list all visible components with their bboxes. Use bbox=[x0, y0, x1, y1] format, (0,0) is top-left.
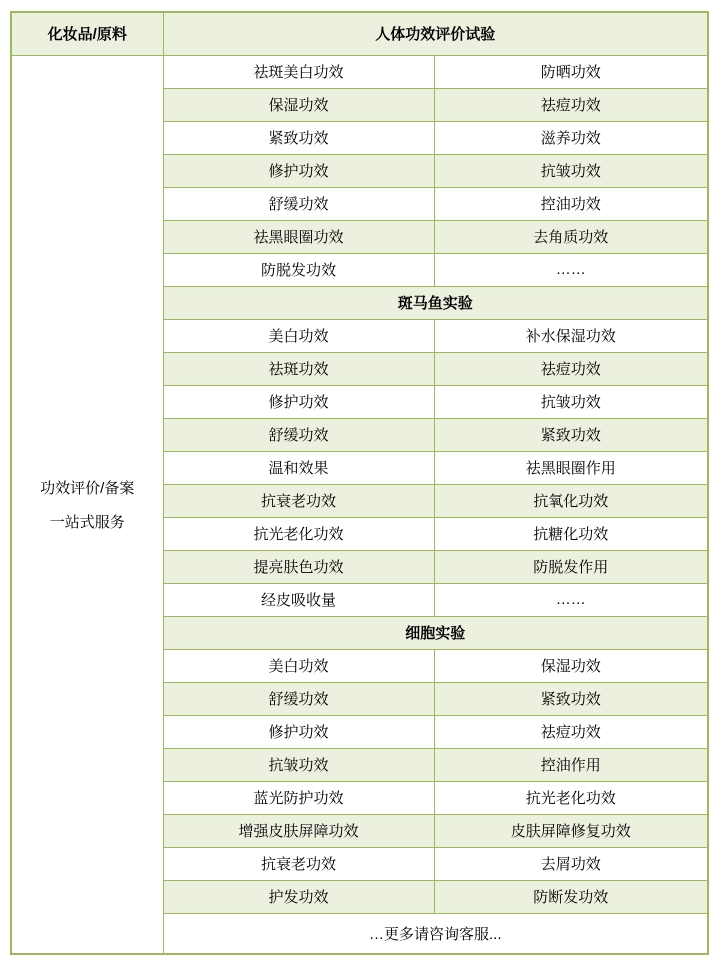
efficacy-cell: 去屑功效 bbox=[434, 847, 708, 880]
efficacy-table-body: 功效评价/备案一站式服务祛斑美白功效防晒功效保湿功效祛痘功效紧致功效滋养功效修护… bbox=[11, 55, 708, 954]
efficacy-cell: 祛痘功效 bbox=[434, 352, 708, 385]
efficacy-cell: 蓝光防护功效 bbox=[163, 781, 434, 814]
efficacy-cell: 舒缓功效 bbox=[163, 418, 434, 451]
efficacy-table: 化妆品/原料 人体功效评价试验 功效评价/备案一站式服务祛斑美白功效防晒功效保湿… bbox=[10, 11, 709, 955]
left-service-line1: 功效评价/备案 bbox=[16, 477, 159, 498]
efficacy-cell: 控油作用 bbox=[434, 748, 708, 781]
efficacy-cell: 保湿功效 bbox=[163, 88, 434, 121]
efficacy-cell: 护发功效 bbox=[163, 880, 434, 913]
left-service-line2: 一站式服务 bbox=[16, 511, 159, 532]
efficacy-cell: 抗皱功效 bbox=[434, 385, 708, 418]
corner-header-cell: 化妆品/原料 bbox=[11, 12, 163, 55]
efficacy-cell: 美白功效 bbox=[163, 649, 434, 682]
efficacy-cell: 抗皱功效 bbox=[434, 154, 708, 187]
efficacy-cell: 抗衰老功效 bbox=[163, 847, 434, 880]
footer-note: …更多请咨询客服... bbox=[163, 913, 708, 954]
efficacy-cell: 增强皮肤屏障功效 bbox=[163, 814, 434, 847]
efficacy-cell: 滋养功效 bbox=[434, 121, 708, 154]
efficacy-cell: 抗光老化功效 bbox=[163, 517, 434, 550]
efficacy-cell: 舒缓功效 bbox=[163, 682, 434, 715]
efficacy-cell: 祛斑美白功效 bbox=[163, 55, 434, 88]
efficacy-cell: 抗光老化功效 bbox=[434, 781, 708, 814]
efficacy-cell: 美白功效 bbox=[163, 319, 434, 352]
efficacy-cell: 紧致功效 bbox=[434, 418, 708, 451]
efficacy-row: 功效评价/备案一站式服务祛斑美白功效防晒功效 bbox=[11, 55, 708, 88]
section-title-human-test: 人体功效评价试验 bbox=[163, 12, 708, 55]
section-title-2: 细胞实验 bbox=[163, 616, 708, 649]
efficacy-cell: 修护功效 bbox=[163, 715, 434, 748]
efficacy-cell: 保湿功效 bbox=[434, 649, 708, 682]
efficacy-cell: …… bbox=[434, 583, 708, 616]
efficacy-cell: 补水保湿功效 bbox=[434, 319, 708, 352]
efficacy-cell: 舒缓功效 bbox=[163, 187, 434, 220]
efficacy-cell: 防脱发作用 bbox=[434, 550, 708, 583]
efficacy-cell: 去角质功效 bbox=[434, 220, 708, 253]
efficacy-cell: 经皮吸收量 bbox=[163, 583, 434, 616]
service-table-wrapper: 化妆品/原料 人体功效评价试验 功效评价/备案一站式服务祛斑美白功效防晒功效保湿… bbox=[10, 11, 707, 955]
section-title-1: 斑马鱼实验 bbox=[163, 286, 708, 319]
efficacy-cell: 修护功效 bbox=[163, 385, 434, 418]
efficacy-cell: 紧致功效 bbox=[434, 682, 708, 715]
efficacy-cell: 防断发功效 bbox=[434, 880, 708, 913]
efficacy-cell: 修护功效 bbox=[163, 154, 434, 187]
efficacy-cell: 祛黑眼圈作用 bbox=[434, 451, 708, 484]
efficacy-cell: 祛斑功效 bbox=[163, 352, 434, 385]
efficacy-cell: 抗衰老功效 bbox=[163, 484, 434, 517]
efficacy-cell: 抗皱功效 bbox=[163, 748, 434, 781]
efficacy-cell: 控油功效 bbox=[434, 187, 708, 220]
efficacy-cell: 抗糖化功效 bbox=[434, 517, 708, 550]
table-header-row: 化妆品/原料 人体功效评价试验 bbox=[11, 12, 708, 55]
efficacy-cell: 祛痘功效 bbox=[434, 715, 708, 748]
left-service-cell: 功效评价/备案一站式服务 bbox=[11, 55, 163, 954]
efficacy-cell: 防脱发功效 bbox=[163, 253, 434, 286]
efficacy-cell: 皮肤屏障修复功效 bbox=[434, 814, 708, 847]
efficacy-cell: 温和效果 bbox=[163, 451, 434, 484]
efficacy-cell: 提亮肤色功效 bbox=[163, 550, 434, 583]
efficacy-cell: 祛痘功效 bbox=[434, 88, 708, 121]
efficacy-cell: 防晒功效 bbox=[434, 55, 708, 88]
efficacy-cell: …… bbox=[434, 253, 708, 286]
efficacy-cell: 抗氧化功效 bbox=[434, 484, 708, 517]
efficacy-cell: 紧致功效 bbox=[163, 121, 434, 154]
efficacy-cell: 祛黑眼圈功效 bbox=[163, 220, 434, 253]
